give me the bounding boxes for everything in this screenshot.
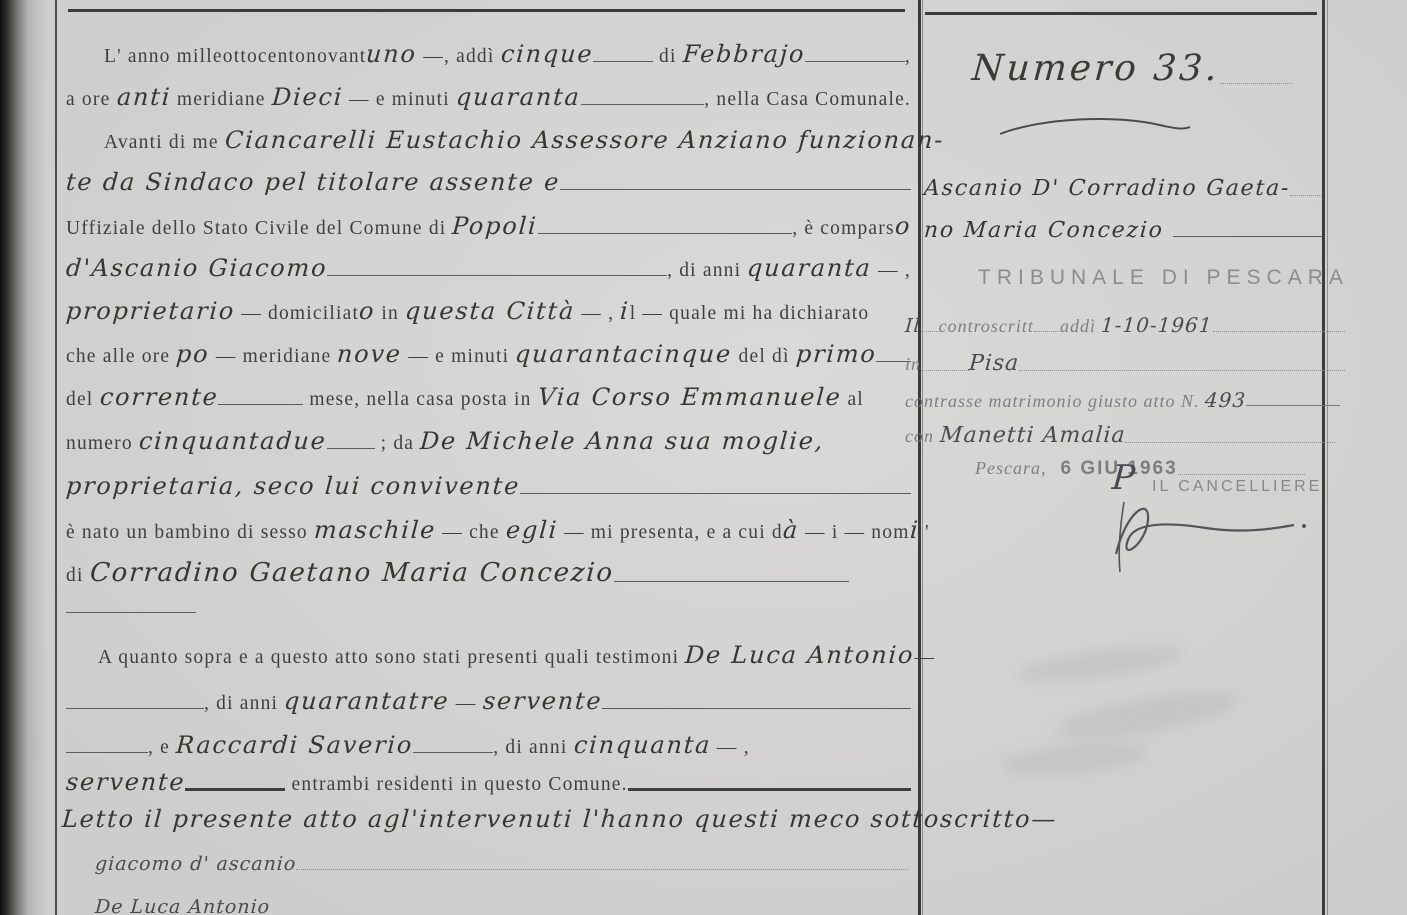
flourish-under-number <box>996 112 1196 142</box>
annotation-line-2: inPisa <box>905 351 1345 376</box>
printed-form-text: l — quale mi ha dichiarato <box>630 303 870 325</box>
printed-form-text: — che <box>436 522 506 544</box>
printed-form-text: del dì <box>732 346 795 368</box>
right-border-rule-inner <box>1327 0 1328 915</box>
handwritten-presenter: egli <box>505 516 559 544</box>
act-line-address: del corrente mese, nella casa posta in V… <box>66 383 911 411</box>
act-line-mother: numero cinquantadue ; da De Michele Anna… <box>66 427 911 455</box>
fill-line <box>413 750 493 753</box>
printed-form-text: è nato un bambino di sesso <box>66 522 314 544</box>
fill-line <box>327 446 375 449</box>
fill-line <box>66 750 148 753</box>
printed-form-text: — mi presenta, e a cui d <box>558 522 783 544</box>
stamp-word: controscritt <box>939 316 1034 337</box>
act-line-witness-2: , e Raccardi Saverio, di anni cinquanta … <box>66 731 911 759</box>
act-line-child-name: di Corradino Gaetano Maria Concezio <box>66 558 911 588</box>
fill-line <box>327 273 667 276</box>
dotted-leader <box>1125 440 1335 443</box>
printed-form-text: — , <box>711 737 750 759</box>
act-line-witness-1-age: , di anni quarantatre — servente <box>66 687 911 715</box>
dotted-leader <box>1034 329 1060 332</box>
act-line-mother-2: proprietaria, seco lui convivente <box>66 472 911 500</box>
printed-form-text: — e minuti <box>402 346 515 368</box>
printed-form-text: al <box>841 389 864 411</box>
paper-smudge <box>1053 682 1241 748</box>
printed-form-text: , <box>905 46 911 68</box>
handwritten-minutes: quaranta <box>455 83 582 111</box>
printed-form-text: , nella Casa Comunale. <box>704 89 911 111</box>
handwritten-letter: o <box>894 212 912 240</box>
fill-line-heavy <box>185 786 285 791</box>
right-border-rule <box>1322 0 1325 915</box>
margin-child-name: no Maria Concezio <box>923 218 1173 243</box>
dotted-leader <box>1290 193 1322 196</box>
left-column-top-rule <box>68 9 905 12</box>
signature-line-1: giacomo d' ascanio <box>95 853 908 875</box>
handwritten-sex: maschile <box>313 516 437 544</box>
handwritten-hour: Dieci <box>271 83 344 111</box>
paper-smudge <box>1014 638 1186 689</box>
handwritten-official-title: te da Sindaco pel titolare assente e <box>65 168 561 196</box>
fill-line <box>805 59 905 62</box>
fill-line <box>66 610 196 613</box>
handwritten-declarant-name: d'Ascanio Giacomo <box>65 254 328 282</box>
annotation-line-3: contrasse matrimonio giusto atto N. 493 <box>905 388 1340 412</box>
stamp-word: con <box>905 426 940 447</box>
act-line-official-2: te da Sindaco pel titolare assente e <box>66 168 911 196</box>
right-column-top-rule <box>925 12 1317 15</box>
act-line-time: a ore anti meridiane Dieci — e minuti qu… <box>66 83 911 111</box>
printed-form-text: in <box>375 303 405 325</box>
printed-form-text: — i — nom <box>799 522 910 544</box>
handwritten-witness-age: quarantatre <box>283 687 450 715</box>
fill-line <box>218 402 303 405</box>
act-line-profession: proprietario — domiciliato in questa Cit… <box>66 297 911 325</box>
printed-form-text: —, addì <box>417 46 500 68</box>
handwritten-witness-2: Raccardi Saverio <box>175 731 414 759</box>
printed-form-text: Uffiziale dello Stato Civile del Comune … <box>66 218 452 240</box>
handwritten-child-name: Corradino Gaetano Maria Concezio <box>89 558 615 588</box>
printed-form-text: A quanto sopra e a questo atto sono stat… <box>98 647 685 669</box>
handwritten-mother-status: proprietaria, seco lui convivente <box>65 472 521 500</box>
handwritten-profession: proprietario <box>65 297 236 325</box>
printed-form-text: — <box>450 693 483 715</box>
handwritten-letter: à <box>782 516 800 544</box>
tribunal-stamp: TRIBUNALE DI PESCARA <box>978 266 1349 290</box>
printed-form-text: di <box>66 565 90 587</box>
tribunal-stamp-line: TRIBUNALE DI PESCARA <box>978 266 1349 290</box>
fill-line <box>520 491 911 494</box>
printed-form-text: — , <box>872 260 911 282</box>
printed-form-text: , di anni <box>667 260 747 282</box>
printed-form-text: numero <box>66 433 139 455</box>
dotted-leader <box>1019 368 1345 371</box>
fill-line <box>560 187 911 190</box>
printed-form-text: L' anno milleottocentonovant <box>104 46 366 68</box>
handwritten-witness-age: cinquanta <box>573 731 712 759</box>
printed-form-text: — , <box>575 303 620 325</box>
annotation-line-5: Pescara,6 GIU 1963 <box>975 458 1305 480</box>
printed-form-text: di <box>653 46 683 68</box>
pen-stroke <box>66 610 196 619</box>
handwritten-witness-profession: servente <box>65 768 186 796</box>
fill-line <box>538 231 792 234</box>
record-number-line: Numero 33. <box>972 48 1292 89</box>
fill-line <box>1246 403 1340 406</box>
stamp-word: addì <box>1060 316 1102 337</box>
printed-form-text: del <box>66 389 100 411</box>
handwritten-hour: nove <box>336 340 403 368</box>
dotted-leader <box>921 368 969 371</box>
act-line-closing: Letto il presente atto agl'intervenuti l… <box>62 805 912 833</box>
printed-form-text: , e <box>148 737 176 759</box>
handwritten-month: Febbrajo <box>682 40 806 68</box>
scan-edge-shadow <box>0 0 46 915</box>
handwritten-closing-formula: Letto il presente atto agl'intervenuti l… <box>61 805 1058 833</box>
dotted-leader <box>1178 472 1305 475</box>
cancelliere-signature <box>1098 492 1318 577</box>
dotted-leader <box>296 867 908 870</box>
act-line-sex: è nato un bambino di sesso maschile — ch… <box>66 516 911 544</box>
handwritten-letter: i <box>909 516 920 544</box>
printed-form-text: — domiciliat <box>235 303 359 325</box>
paper-smudge <box>999 737 1151 781</box>
printed-form-text: a ore <box>66 89 117 111</box>
act-line-witnesses: A quanto sopra e a questo atto sono stat… <box>98 641 958 669</box>
act-line-official: Avanti di me Ciancarelli Eustachio Asses… <box>104 126 919 154</box>
fill-line <box>614 579 849 582</box>
annotation-line-4: con Manetti Amalia <box>905 423 1335 448</box>
handwritten-witness-1: De Luca Antonio <box>684 641 915 669</box>
printed-form-text: , è compars <box>792 218 895 240</box>
fill-line <box>593 59 653 62</box>
marriage-act-number: 493 <box>1204 388 1247 412</box>
annotation-line-1: Ilcontroscrittaddì 1-10-1961 <box>905 313 1345 337</box>
printed-form-text: mese, nella casa posta in <box>303 389 537 411</box>
printed-form-text: — <box>915 647 936 669</box>
stamp-word: Pescara, <box>975 458 1046 479</box>
handwritten-birth-day: primo <box>795 340 878 368</box>
handwritten-age: quaranta <box>746 254 873 282</box>
handwritten-comune: Popoli <box>452 212 540 240</box>
fill-line <box>581 102 705 105</box>
record-number: Numero 33. <box>971 48 1222 89</box>
witness-signature: De Luca Antonio <box>94 896 271 915</box>
act-line-comune: Uffiziale dello Stato Civile del Comune … <box>66 212 911 240</box>
dotted-leader <box>1220 81 1292 84</box>
handwritten-letter: o <box>358 297 376 325</box>
stamp-word: Il <box>904 315 921 337</box>
handwritten-street: Via Corso Emmanuele <box>537 383 843 411</box>
printed-form-text: meridiane <box>171 89 272 111</box>
act-line-year: L' anno milleottocentonovantuno —, addì … <box>104 40 911 68</box>
marriage-place: Pisa <box>968 351 1020 376</box>
margin-name-line-1: Ascanio D' Corradino Gaeta- <box>924 176 1322 201</box>
dotted-leader <box>921 329 939 332</box>
fill-line <box>602 706 911 709</box>
handwritten-year: uno <box>365 40 418 68</box>
handwritten-month-ref: corrente <box>99 383 220 411</box>
handwritten-minutes: quarantacinque <box>514 340 733 368</box>
handwritten-house-number: cinquantadue <box>138 427 328 455</box>
fill-line <box>1173 234 1322 237</box>
printed-form-text: — meridiane <box>210 346 338 368</box>
marriage-date: 1-10-1961 <box>1101 313 1214 337</box>
printed-form-text: entrambi residenti in questo Comune. <box>285 774 627 796</box>
signature-line-2: De Luca Antonio <box>95 896 595 915</box>
printed-form-text: , di anni <box>204 693 284 715</box>
handwritten-day: cinque <box>500 40 594 68</box>
left-border-rule <box>55 0 57 915</box>
printed-form-text: che alle ore <box>66 346 176 368</box>
stamp-word: in <box>905 354 921 375</box>
printed-form-text: Avanti di me <box>104 132 225 154</box>
handwritten-meridian: po <box>175 340 210 368</box>
handwritten-mother-name: De Michele Anna sua moglie, <box>419 427 825 455</box>
stamp-word: contrasse matrimonio giusto atto N. <box>905 391 1205 412</box>
spouse-name: Manetti Amalia <box>939 423 1126 448</box>
act-line-residents: servente entrambi residenti in questo Co… <box>66 768 911 796</box>
margin-name-line-2: no Maria Concezio <box>924 218 1322 243</box>
dotted-leader <box>1213 329 1345 332</box>
handwritten-residence: questa Città <box>404 297 576 325</box>
printed-form-text: , di anni <box>493 737 573 759</box>
margin-child-name: Ascanio D' Corradino Gaeta- <box>923 176 1291 201</box>
birth-record-scan: L' anno milleottocentonovantuno —, addì … <box>0 0 1407 915</box>
handwritten-meridian: anti <box>116 83 172 111</box>
printed-form-text: ' <box>919 522 930 544</box>
handwritten-witness-profession: servente <box>482 687 603 715</box>
act-line-birth-time: che alle ore po — meridiane nove — e min… <box>66 340 911 368</box>
printed-form-text: — e minuti <box>343 89 456 111</box>
printed-form-text: ; da <box>375 433 421 455</box>
handwritten-official-name: Ciancarelli Eustachio Assessore Anziano … <box>224 126 945 154</box>
fill-line <box>66 706 204 709</box>
fill-line-heavy <box>628 786 911 791</box>
father-signature: giacomo d' ascanio <box>94 853 297 875</box>
act-line-declarant: d'Ascanio Giacomo, di anni quaranta — , <box>66 254 911 282</box>
